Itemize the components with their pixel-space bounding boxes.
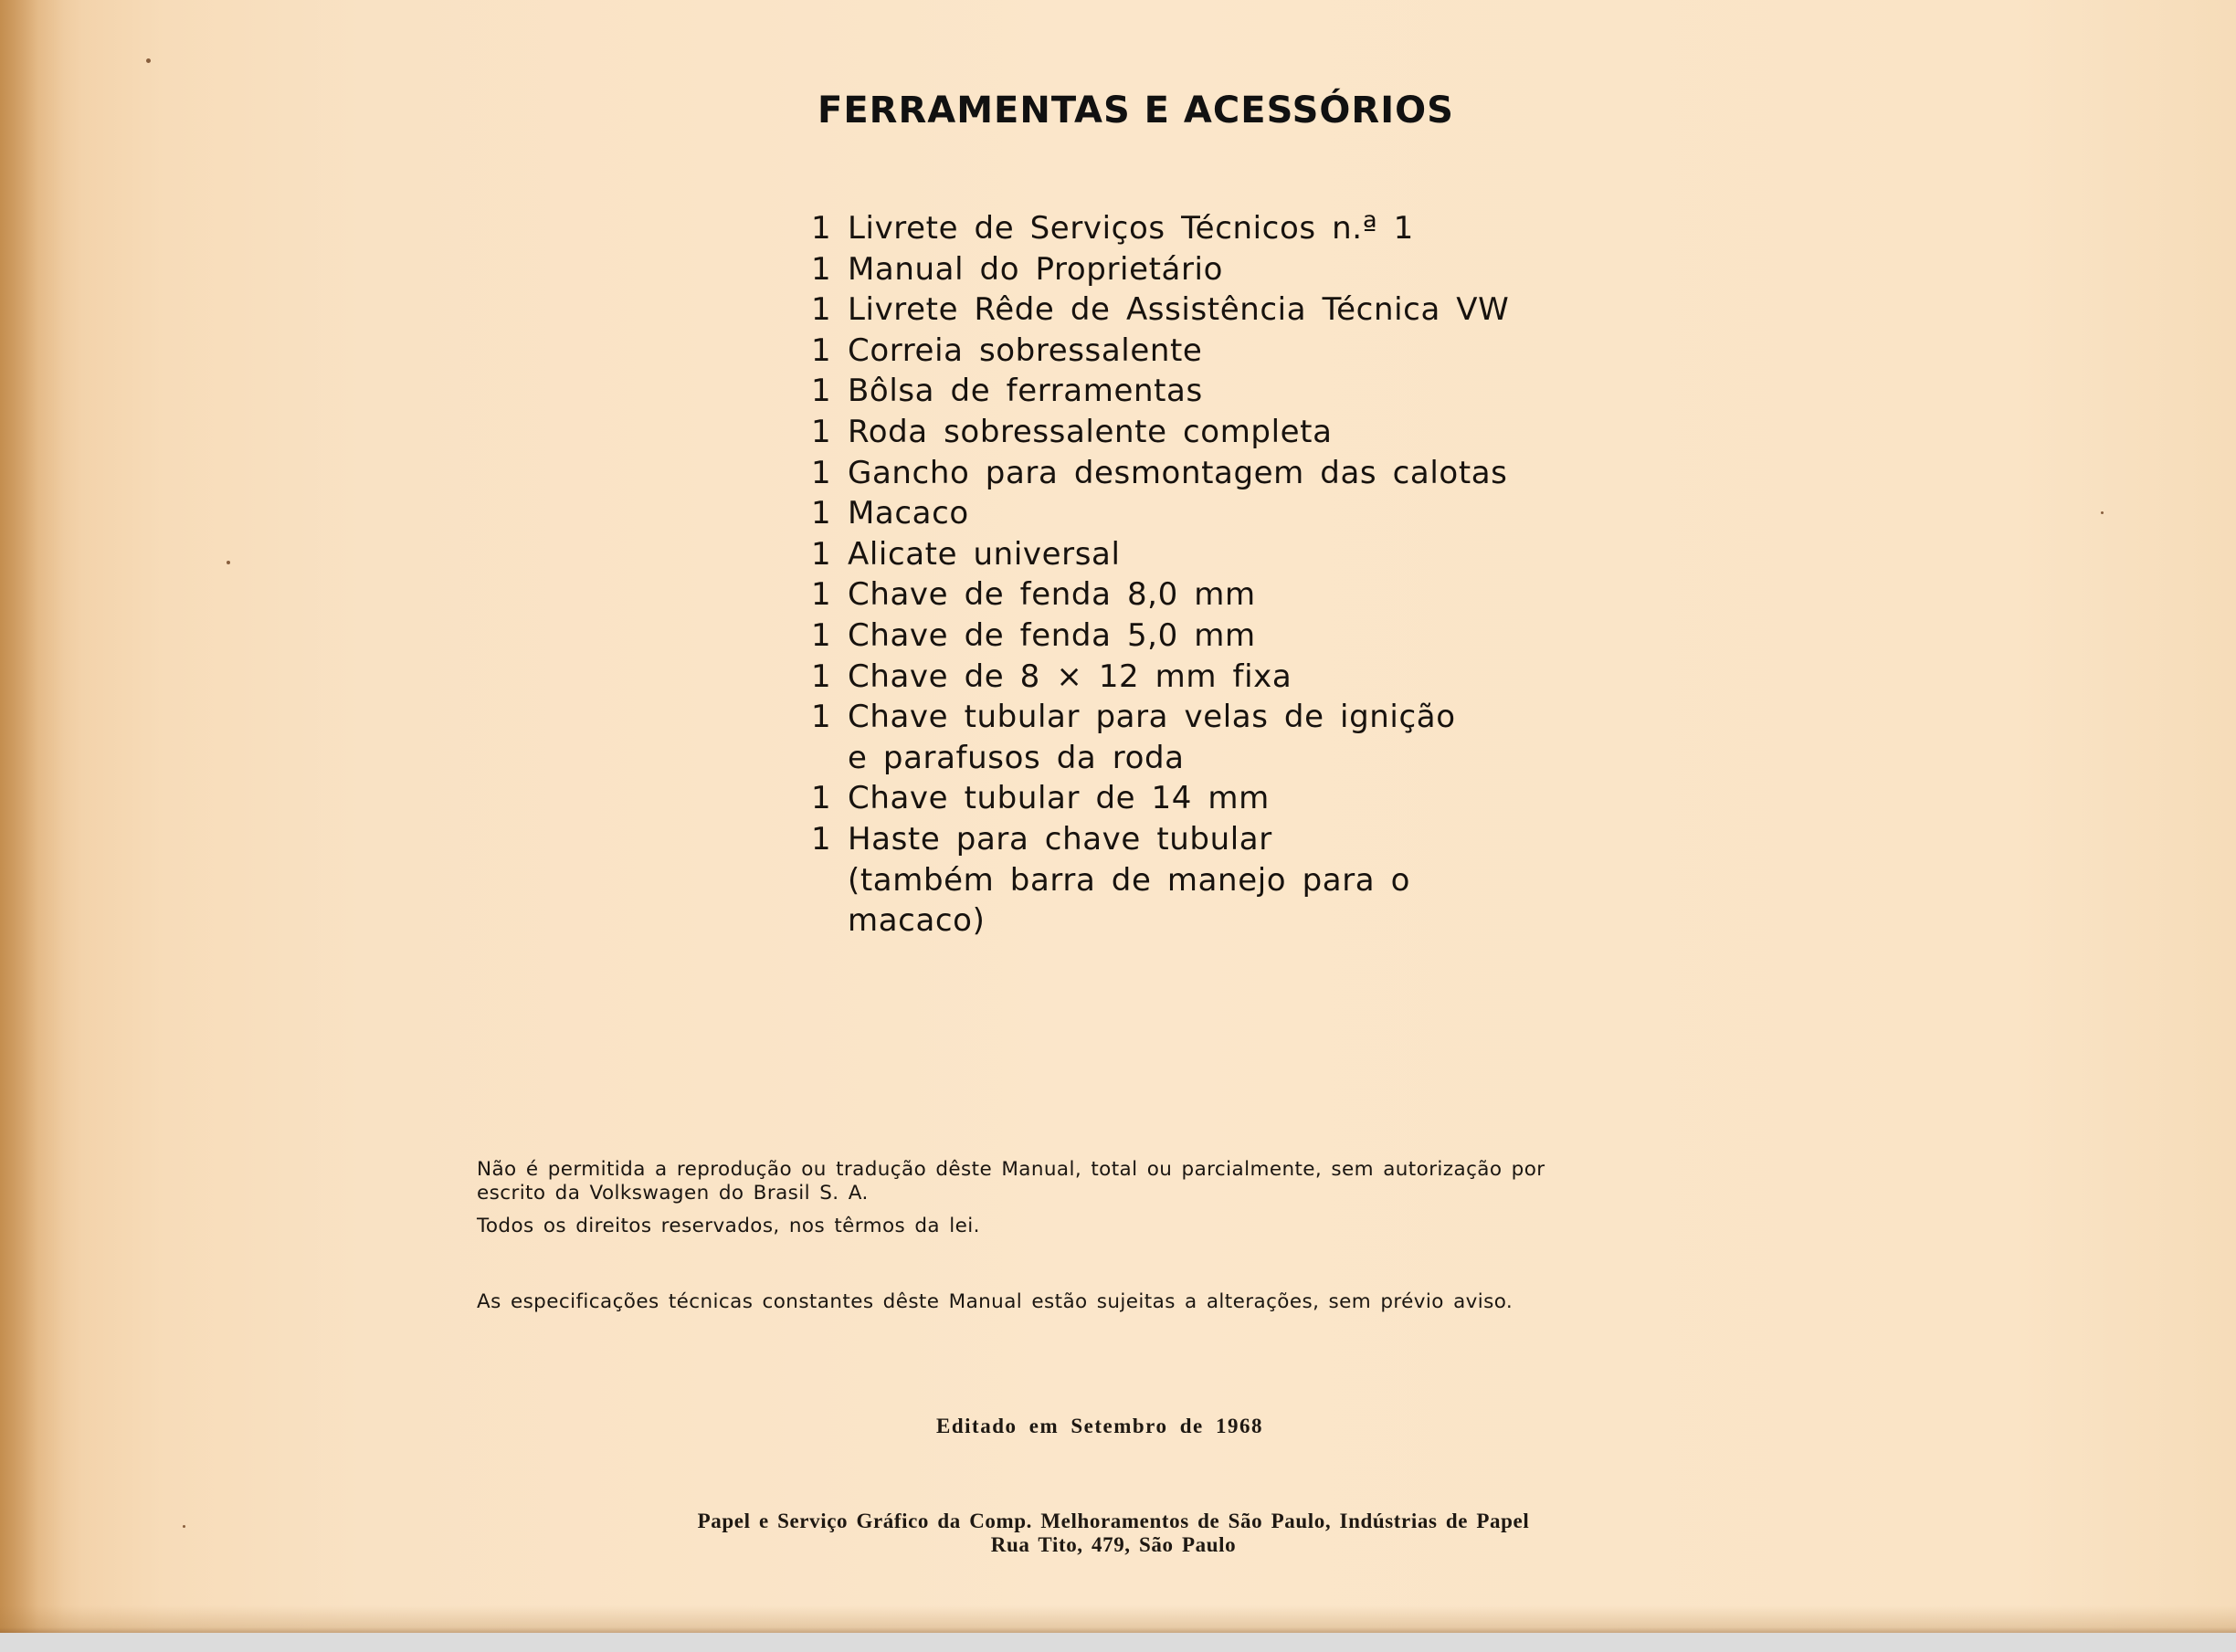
rights-reserved-line: Todos os direitos reservados, nos têrmos… <box>477 1215 1792 1238</box>
copyright-notice: Não é permitida a reprodução ou tradução… <box>477 1158 1792 1238</box>
item-label: Haste para chave tubular (também barra d… <box>848 819 1410 942</box>
item-quantity: 1 <box>811 208 848 249</box>
spec-change-notice: As especificações técnicas constantes dê… <box>477 1290 1792 1313</box>
item-quantity: 1 <box>811 371 848 412</box>
list-item: 1Haste para chave tubular (também barra … <box>811 819 1615 942</box>
item-quantity: 1 <box>811 493 848 534</box>
list-item: 1Correia sobressalente <box>811 331 1615 372</box>
item-label: Chave de fenda 8,0 mm <box>848 574 1256 616</box>
list-item: 1Alicate universal <box>811 534 1615 575</box>
page-title: FERRAMENTAS E ACESSÓRIOS <box>817 89 1457 132</box>
item-quantity: 1 <box>811 534 848 575</box>
list-item: 1Manual do Proprietário <box>811 249 1615 290</box>
paper-speck <box>146 58 151 63</box>
manual-page: FERRAMENTAS E ACESSÓRIOS 1Livrete de Ser… <box>0 0 2236 1633</box>
printer-name: Papel e Serviço Gráfico da Comp. Melhora… <box>0 1510 2231 1533</box>
item-quantity: 1 <box>811 289 848 331</box>
paper-speck <box>227 561 230 564</box>
list-item: 1Chave tubular de 14 mm <box>811 778 1615 819</box>
copyright-line: Não é permitida a reprodução ou tradução… <box>477 1158 1792 1182</box>
list-item: 1Macaco <box>811 493 1615 534</box>
item-quantity: 1 <box>811 778 848 819</box>
copyright-line: escrito da Volkswagen do Brasil S. A. <box>477 1182 1792 1205</box>
item-quantity: 1 <box>811 574 848 616</box>
list-item: 1Gancho para desmontagem das calotas <box>811 453 1615 494</box>
list-item: 1Bôlsa de ferramentas <box>811 371 1615 412</box>
item-label: Alicate universal <box>848 534 1121 575</box>
list-item: 1Chave de fenda 8,0 mm <box>811 574 1615 616</box>
item-label: Roda sobressalente completa <box>848 412 1333 453</box>
item-quantity: 1 <box>811 657 848 698</box>
tools-list: 1Livrete de Serviços Técnicos n.ª 1 1Man… <box>811 208 1615 942</box>
item-label: Chave tubular de 14 mm <box>848 778 1270 819</box>
item-quantity: 1 <box>811 697 848 778</box>
item-label: Bôlsa de ferramentas <box>848 371 1203 412</box>
item-quantity: 1 <box>811 616 848 657</box>
item-label: Livrete de Serviços Técnicos n.ª 1 <box>848 208 1414 249</box>
item-label: Macaco <box>848 493 969 534</box>
list-item: 1Chave de fenda 5,0 mm <box>811 616 1615 657</box>
edition-date: Editado em Setembro de 1968 <box>0 1415 2236 1438</box>
list-item: 1Livrete de Serviços Técnicos n.ª 1 <box>811 208 1615 249</box>
list-item: 1Livrete Rêde de Assistência Técnica VW <box>811 289 1615 331</box>
item-label: Gancho para desmontagem das calotas <box>848 453 1508 494</box>
item-quantity: 1 <box>811 819 848 942</box>
paper-speck <box>2101 511 2104 514</box>
item-label: Chave de 8 × 12 mm fixa <box>848 657 1292 698</box>
item-label: Chave de fenda 5,0 mm <box>848 616 1256 657</box>
item-quantity: 1 <box>811 331 848 372</box>
item-label: Chave tubular para velas de ignição e pa… <box>848 697 1456 778</box>
list-item: 1Roda sobressalente completa <box>811 412 1615 453</box>
item-label: Manual do Proprietário <box>848 249 1223 290</box>
edition-date-text: Editado em Setembro de 1968 <box>936 1415 1263 1437</box>
item-quantity: 1 <box>811 453 848 494</box>
list-item: 1Chave tubular para velas de ignição e p… <box>811 697 1615 778</box>
page-gutter-shadow <box>0 0 64 1633</box>
list-item: 1Chave de 8 × 12 mm fixa <box>811 657 1615 698</box>
item-quantity: 1 <box>811 412 848 453</box>
item-label: Correia sobressalente <box>848 331 1202 372</box>
item-quantity: 1 <box>811 249 848 290</box>
printer-credit: Papel e Serviço Gráfico da Comp. Melhora… <box>0 1510 2236 1557</box>
printer-address: Rua Tito, 479, São Paulo <box>0 1533 2231 1557</box>
item-label: Livrete Rêde de Assistência Técnica VW <box>848 289 1509 331</box>
